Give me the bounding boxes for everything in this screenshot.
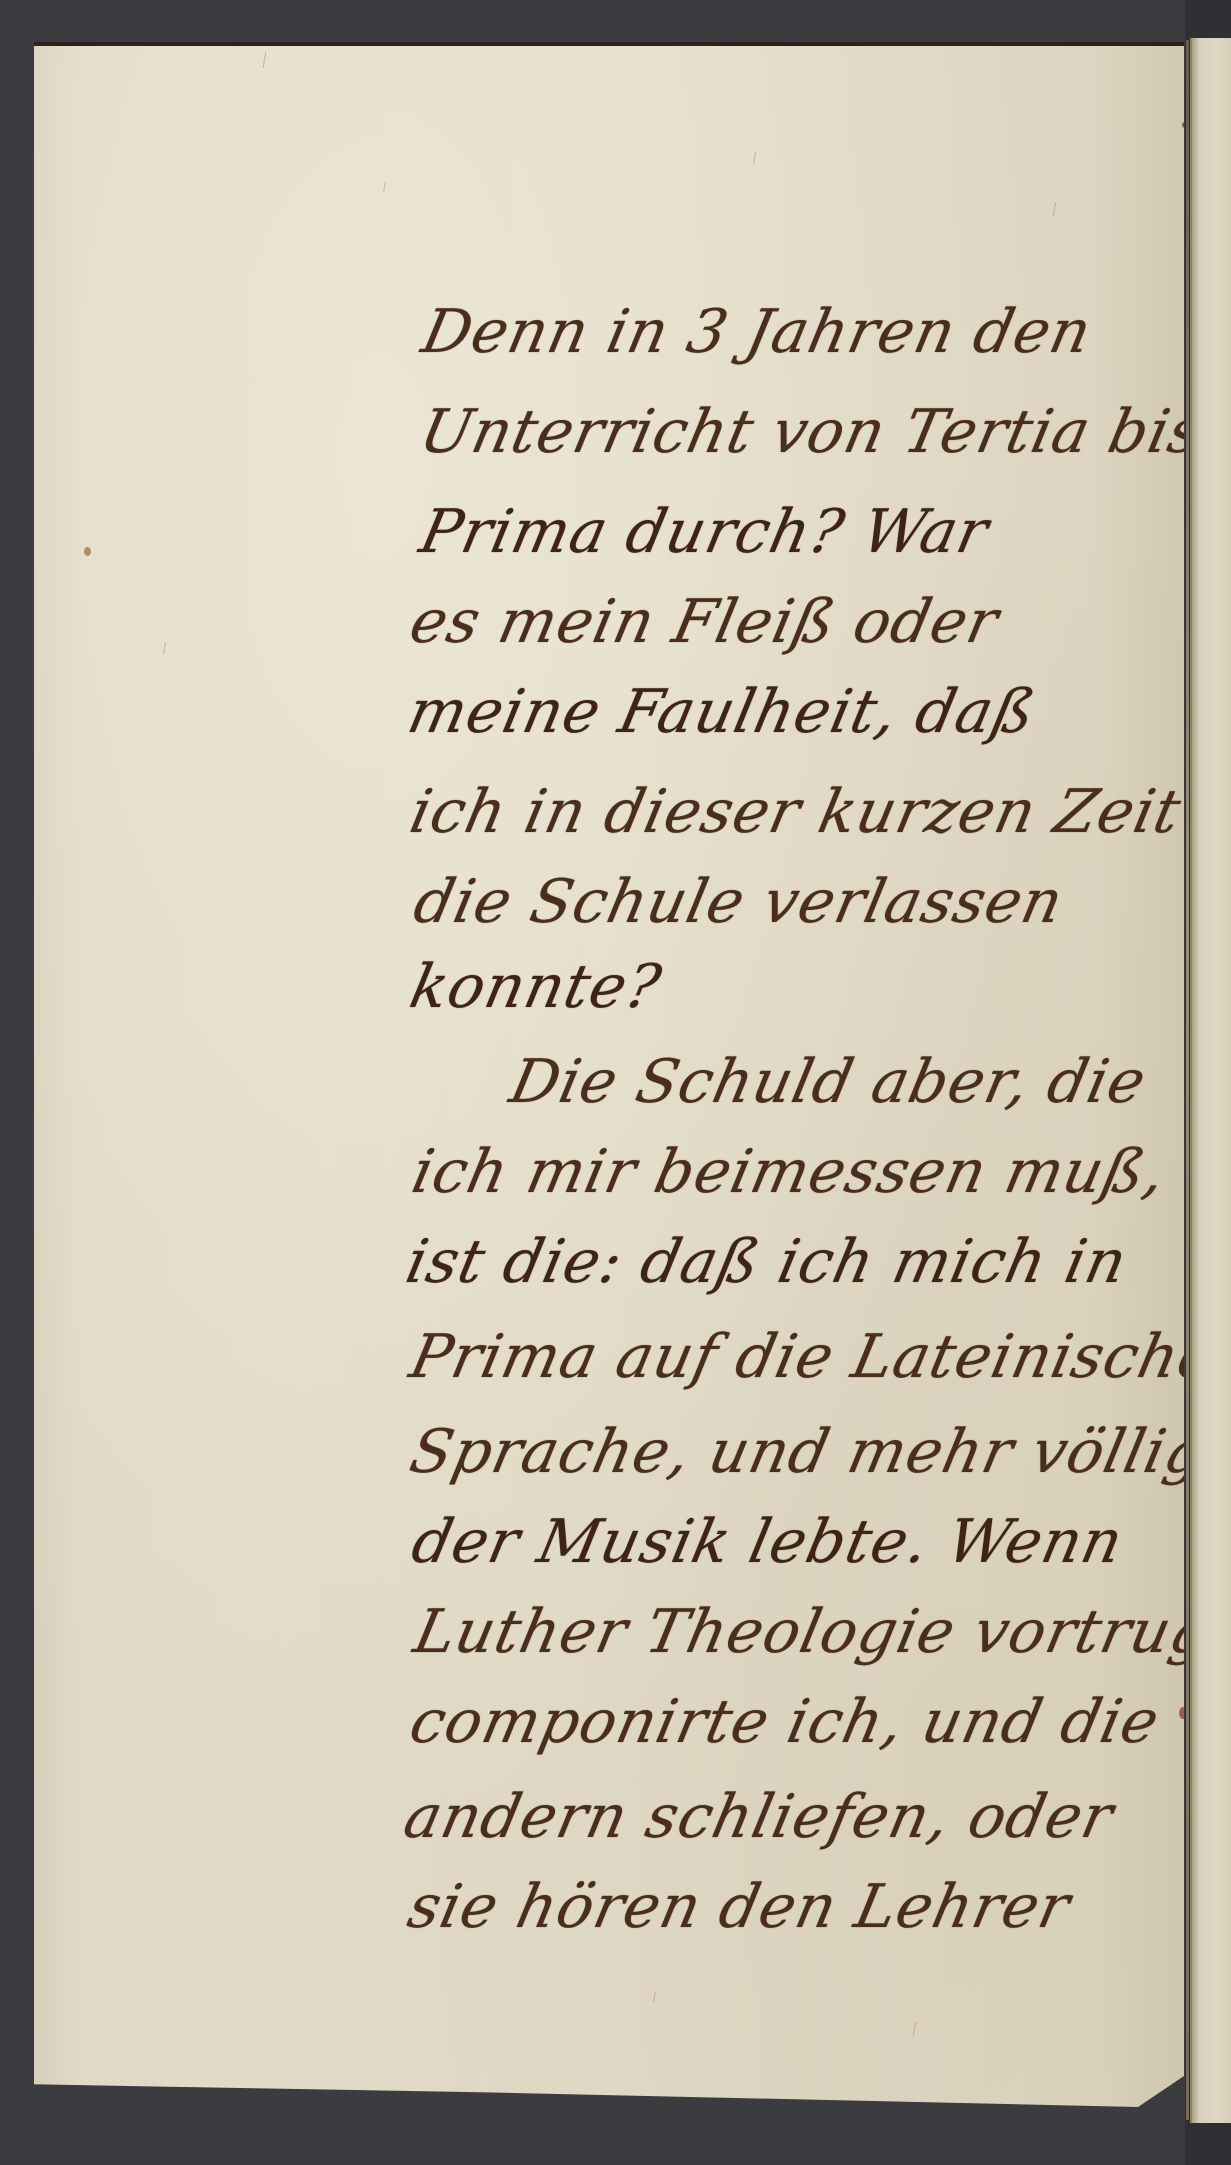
manuscript-line-15: Luther Theologie vortrug, — [408, 1597, 1231, 1667]
manuscript-line-5: meine Faulheit, daß — [402, 677, 1042, 747]
page-gutter — [1186, 40, 1189, 2120]
manuscript-line-2: Unterricht von Tertia bis — [414, 397, 1209, 467]
manuscript-page: Denn in 3 Jahren den Unterricht von Tert… — [34, 42, 1184, 2107]
manuscript-line-18: sie hören den Lehrer — [402, 1872, 1077, 1942]
manuscript-line-16: componirte ich, und die — [404, 1687, 1166, 1757]
manuscript-line-6: ich in dieser kurzen Zeit — [404, 777, 1187, 847]
handwritten-text: Denn in 3 Jahren den Unterricht von Tert… — [34, 42, 1184, 2107]
scanned-manuscript: Denn in 3 Jahren den Unterricht von Tert… — [0, 0, 1231, 2165]
manuscript-line-14: der Musik lebte. Wenn — [406, 1507, 1129, 1577]
manuscript-line-12: Prima auf die Lateinische — [404, 1322, 1223, 1392]
manuscript-line-1: Denn in 3 Jahren den — [416, 297, 1098, 367]
manuscript-line-4: es mein Fleiß oder — [404, 587, 1005, 657]
manuscript-line-17: andern schliefen, oder — [398, 1782, 1120, 1852]
manuscript-line-11: ist die: daß ich mich in — [400, 1227, 1134, 1297]
manuscript-line-13: Sprache, und mehr völlig — [404, 1417, 1212, 1487]
manuscript-line-9: Die Schuld aber, die — [504, 1047, 1152, 1117]
manuscript-line-8: konnte? — [404, 952, 667, 1022]
manuscript-line-7: die Schule verlassen — [408, 867, 1070, 937]
adjacent-page-edge — [1190, 38, 1231, 2123]
manuscript-line-10: ich mir beimessen muß, — [406, 1137, 1172, 1207]
manuscript-line-3: Prima durch? War — [414, 497, 995, 567]
